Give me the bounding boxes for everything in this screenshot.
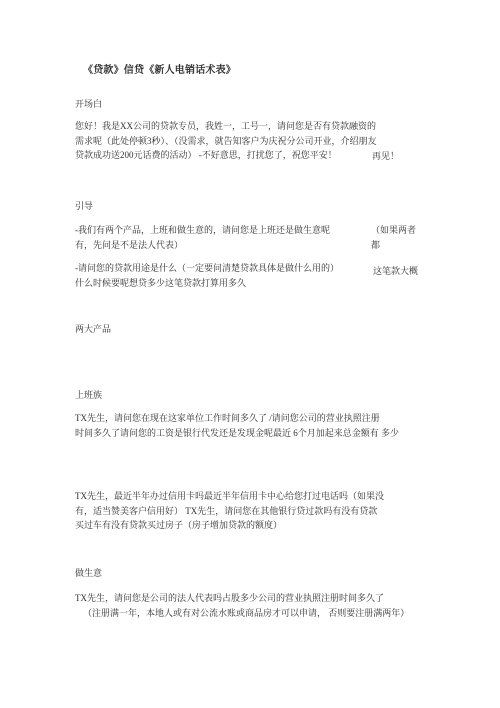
guide-paragraph-2: -请问您的贷款用途是什么（一定要问清楚贷款具体是做什么用的） 什么时候要呢想贷多… [75,261,339,291]
worker-p2-line-2: 有，适当赞美客户信用好） TX先生，请问您在其他银行贷过款吗有没有贷款 [75,504,384,519]
document-page: 《贷款》信贷《新人电销话术表》 开场白 您好！我是XX公司的贷款专员，我姓一，工… [0,0,500,708]
guide-paragraph-1-side: （如果两者 都 [371,223,416,253]
heading-business: 做生意 [75,567,102,579]
guide-p1-line-2: 有，先问是不是法人代表） [75,238,330,253]
worker-paragraph-2: TX先生，最近半年办过信用卡吗最近半年信用卡中心给您打过电话吗（如果没 有，适当… [75,489,384,533]
guide-paragraph-2-side: 这笔款大概 [373,264,418,277]
guide-p1-side-line-2: 都 [371,238,416,253]
business-line-1: TX先生，请问您是公司的法人代表吗占股多少公司的营业执照注册时间多久了 [75,591,409,606]
page-title: 《贷款》信贷《新人电销话术表》 [83,64,236,77]
business-paragraph: TX先生，请问您是公司的法人代表吗占股多少公司的营业执照注册时间多久了 （注册满… [75,591,409,621]
opening-line-3: 贷款成功送200元话费的活动） -不好意思，打扰您了，祝您平安！ [75,148,377,163]
worker-p2-line-1: TX先生，最近半年办过信用卡吗最近半年信用卡中心给您打过电话吗（如果没 [75,489,384,504]
heading-products: 两大产品 [75,323,111,335]
opening-line-1: 您好！我是XX公司的贷款专员，我姓一，工号一，请问您是否有贷款融资的 [75,119,377,134]
heading-opening: 开场白 [75,98,102,110]
guide-p2-line-2: 什么时候要呢想贷多少这笔贷款打算用多久 [75,276,339,291]
guide-p1-side-line-1: （如果两者 [371,223,416,238]
opening-side-note: 再见！ [372,149,399,162]
opening-line-2: 需求呢（此处停顿3秒）、（没需求，就告知客户为庆祝分公司开业，介绍朋友 [75,134,377,149]
heading-worker: 上班族 [75,389,102,401]
heading-guide: 引导 [75,200,93,212]
guide-p2-line-1: -请问您的贷款用途是什么（一定要问清楚贷款具体是做什么用的） [75,261,339,276]
opening-paragraph: 您好！我是XX公司的贷款专员，我姓一，工号一，请问您是否有贷款融资的 需求呢（此… [75,119,377,163]
guide-paragraph-1: -我们有两个产品，上班和做生意的，请问您是上班还是做生意呢 有，先问是不是法人代… [75,223,330,253]
worker-p2-line-3: 买过车有没有贷款买过房子（房子增加贷款的额度） [75,518,384,533]
business-line-2: （注册满一年，本地人或有对公流水账或商品房才可以申请， 否则要注册满两年） [75,606,409,621]
worker-p1-line-1: TX先生，请问您在现在这家单位工作时间多久了 /请问您公司的营业执照注册 [75,411,399,426]
worker-p1-line-2: 时间多久了请问您的工资是银行代发还是发现金呢最近 6个月加起来总金额有 多少 [75,426,399,441]
guide-p1-line-1: -我们有两个产品，上班和做生意的，请问您是上班还是做生意呢 [75,223,330,238]
worker-paragraph-1: TX先生，请问您在现在这家单位工作时间多久了 /请问您公司的营业执照注册 时间多… [75,411,399,441]
